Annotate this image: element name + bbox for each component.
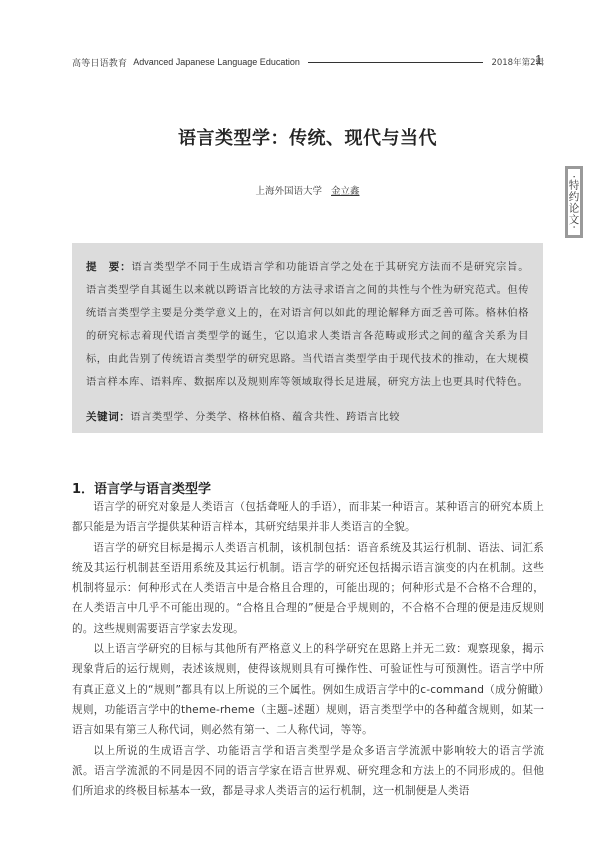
keywords-paragraph: 关键词：语言类型学、分类学、格林伯格、蕴含共性、跨语言比较 [86, 406, 529, 429]
header-rule [308, 62, 484, 63]
abstract-paragraph: 提 要：语言类型学不同于生成语言学和功能语言学之处在于其研究方法而不是研究宗旨。… [86, 256, 529, 394]
section-tab: ·特约论文· [565, 166, 583, 238]
body-paragraph: 以上所说的生成语言学、功能语言学和语言类型学是众多语言学流派中影响较大的语言学流… [72, 741, 544, 802]
abstract-text: 语言类型学不同于生成语言学和功能语言学之处在于其研究方法而不是研究宗旨。语言类型… [86, 262, 529, 388]
abstract-label: 提 要： [86, 261, 131, 273]
section-tab-label: ·特约论文· [567, 175, 582, 230]
body-paragraph: 语言学的研究目标是揭示人类语言机制，该机制包括：语音系统及其运行机制、语法、词汇… [72, 538, 544, 639]
keywords-label: 关键词： [86, 411, 130, 423]
body-paragraph: 以上语言学研究的目标与其他所有严格意义上的科学研究在思路上并无二致：观察现象，揭… [72, 639, 544, 740]
journal-name-cn: 高等日语教育 [72, 56, 127, 69]
body-text: 语言学的研究对象是人类语言（包括聋哑人的手语），而非某一种语言。某种语言的研究本… [72, 497, 544, 801]
author-name: 金立鑫 [331, 186, 360, 197]
affiliation: 上海外国语大学 [255, 186, 322, 197]
journal-name-en: Advanced Japanese Language Education [133, 57, 300, 67]
article-title: 语言类型学：传统、现代与当代 [0, 124, 615, 150]
keywords-text: 语言类型学、分类学、格林伯格、蕴含共性、跨语言比较 [130, 412, 400, 423]
page-number: 1 [535, 52, 542, 67]
body-paragraph: 语言学的研究对象是人类语言（包括聋哑人的手语），而非某一种语言。某种语言的研究本… [72, 497, 544, 538]
running-header: 高等日语教育 Advanced Japanese Language Educat… [72, 53, 544, 71]
section-heading: 1．语言学与语言类型学 [72, 478, 211, 497]
byline: 上海外国语大学金立鑫 [0, 183, 615, 197]
abstract-box: 提 要：语言类型学不同于生成语言学和功能语言学之处在于其研究方法而不是研究宗旨。… [72, 243, 543, 433]
